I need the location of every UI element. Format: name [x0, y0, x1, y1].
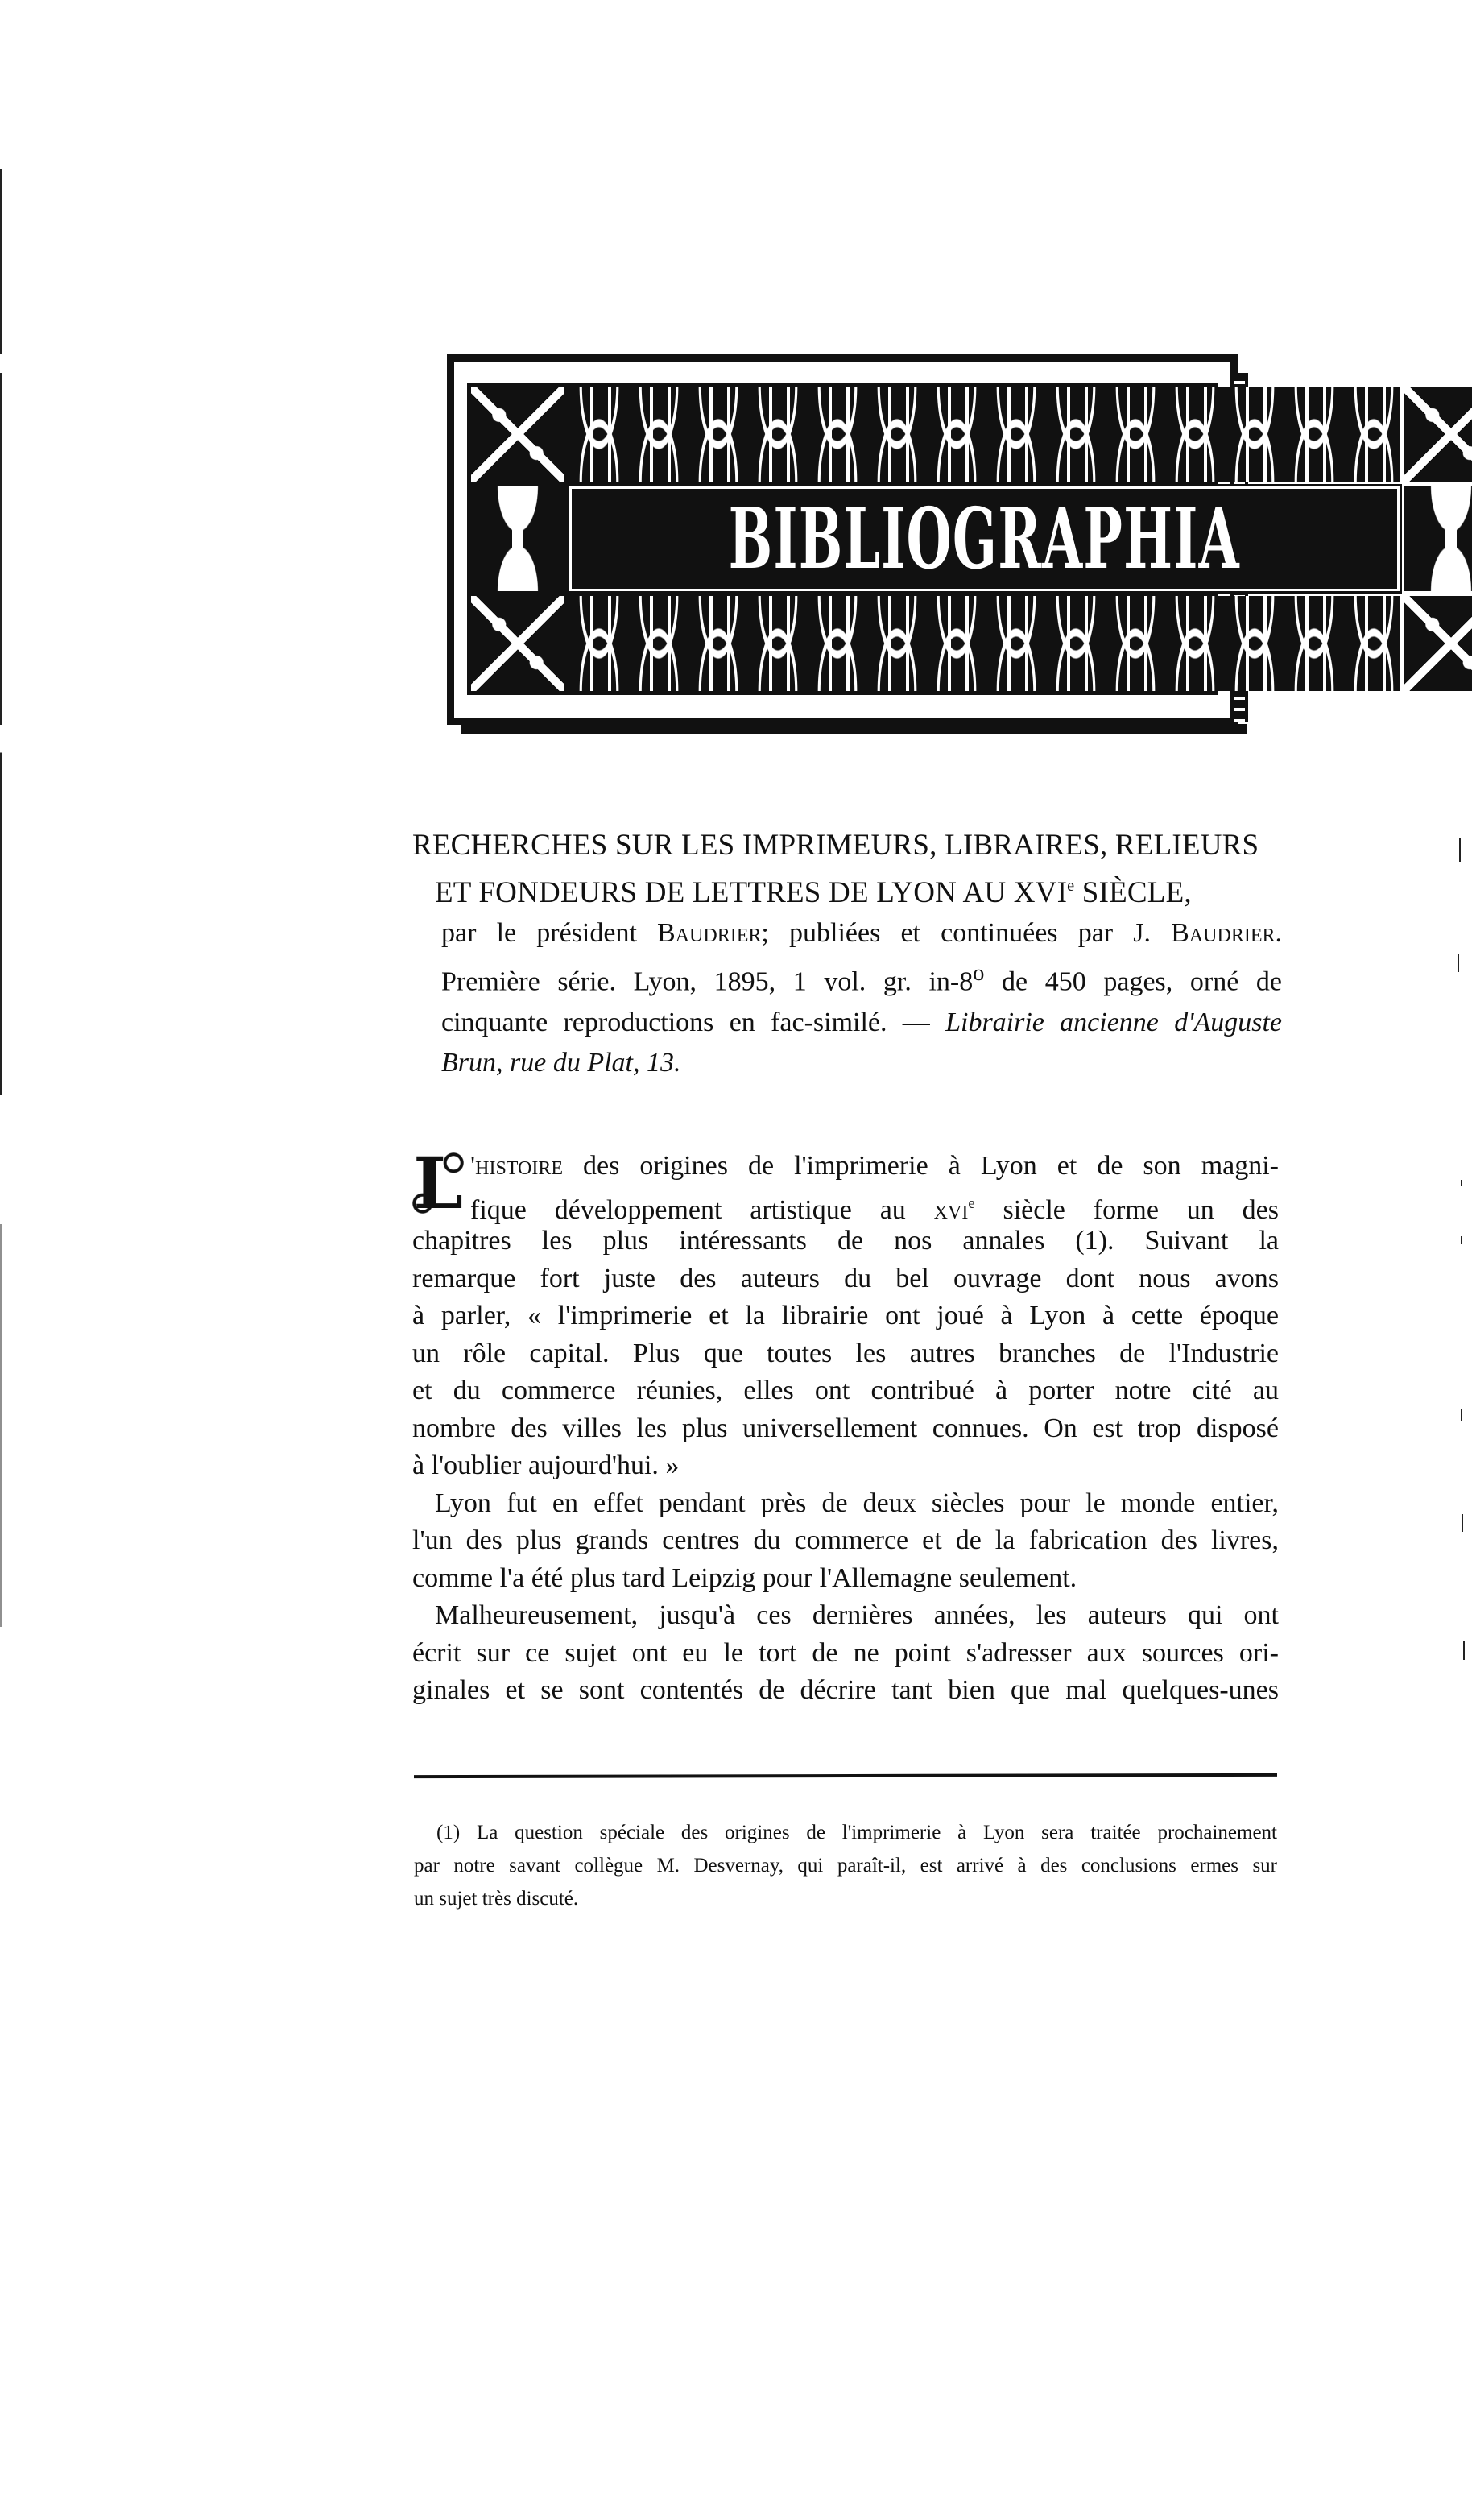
paragraph-3-line: écrit sur ce sujet ont eu le tort de ne … — [412, 1635, 1279, 1673]
book-title-text: SIÈCLE, — [1074, 876, 1191, 909]
banner-title: BIBLIOGRAPHIA — [729, 497, 1240, 581]
paragraph-3-line: Malheureusement, jusqu'à ces dernières a… — [412, 1597, 1279, 1635]
book-description-line: cinquante reproductions en fac-similé. —… — [412, 1003, 1282, 1043]
meta-text: ; publiées et continuées par J. — [761, 918, 1171, 948]
paragraph-2-line: comme l'a été plus tard Leipzig pour l'A… — [412, 1560, 1279, 1598]
body-text: fique développement artistique au — [470, 1195, 934, 1225]
meta-text: de 450 pages, orné de — [984, 967, 1282, 997]
banner-ornament-grid: BIBLIOGRAPHIA — [467, 383, 1218, 695]
body-text: des origines de l'imprimerie à Lyon et d… — [563, 1151, 1279, 1181]
dropcap-lead-word: 'histoire — [470, 1151, 563, 1181]
body-line: 'histoire des origines de l'imprimerie à… — [412, 1148, 1279, 1186]
footnote-divider — [414, 1773, 1277, 1778]
meta-text: Première série. Lyon, 1895, 1 vol. gr. i… — [441, 967, 973, 997]
bibliographia-banner: BIBLIOGRAPHIA — [447, 354, 1238, 725]
body-line: à l'oublier aujourd'hui. » — [412, 1447, 1279, 1485]
book-publication-line: Première série. Lyon, 1895, 1 vol. gr. i… — [412, 954, 1282, 1002]
book-title-line-1: RECHERCHES SUR LES IMPRIMEURS, LIBRAIRES… — [412, 826, 1282, 866]
ornament-corner-bottom-right — [1404, 596, 1472, 691]
margin-scan-mark — [1458, 954, 1459, 972]
author-name: Baudrier — [1171, 918, 1275, 948]
footnote-line: par notre savant collègue M. Desvernay, … — [414, 1849, 1277, 1882]
paragraph-2-line: l'un des plus grands centres du commerce… — [412, 1522, 1279, 1560]
author-name: Baudrier — [657, 918, 761, 948]
body-text: siècle forme un des — [975, 1195, 1279, 1225]
ornate-dropcap-letter: L — [412, 1149, 464, 1217]
superscript: e — [968, 1195, 974, 1212]
banner-shadow-bottom — [461, 724, 1247, 734]
margin-scan-mark — [1461, 1236, 1462, 1244]
margin-scan-mark — [1463, 1641, 1465, 1660]
century-numeral: xvi — [934, 1195, 969, 1225]
margin-scan-mark — [1461, 1180, 1462, 1186]
scan-edge-artifact — [0, 1224, 2, 1627]
body-line: nombre des villes les plus universelleme… — [412, 1410, 1279, 1448]
body-line: chapitres les plus intéressants de nos a… — [412, 1223, 1279, 1260]
paragraph-3-line: ginales et se sont contentés de décrire … — [412, 1672, 1279, 1710]
footnote: (1) La question spéciale des origines de… — [414, 1816, 1277, 1915]
superscript: o — [973, 961, 984, 986]
margin-scan-mark — [1462, 1514, 1463, 1532]
publisher-name: Librairie ancienne d'Auguste — [945, 1008, 1282, 1037]
book-title-line-2: ET FONDEURS DE LETTRES DE LYON AU XVIe S… — [412, 866, 1282, 913]
paragraph-2-line: Lyon fut en effet pendant près de deux s… — [412, 1485, 1279, 1523]
body-line: à parler, « l'imprimerie et la librairie… — [412, 1297, 1279, 1335]
publisher-address: Brun, rue du Plat, 13. — [441, 1048, 680, 1078]
footnote-line: un sujet très discuté. — [414, 1882, 1277, 1915]
meta-text: par le président — [441, 918, 657, 948]
book-publisher-address-line: Brun, rue du Plat, 13. — [412, 1043, 1282, 1083]
meta-text: cinquante reproductions en fac-similé. — — [441, 1008, 945, 1037]
superscript: e — [1067, 877, 1074, 895]
ornament-band-top — [569, 387, 1400, 482]
margin-scan-mark — [1461, 1409, 1462, 1421]
ornament-side-left — [471, 486, 564, 591]
body-line: remarque fort juste des auteurs du bel o… — [412, 1260, 1279, 1298]
ornament-corner-bottom-left — [471, 596, 564, 691]
scan-edge-artifact — [0, 169, 2, 1095]
ornament-corner-top-left — [471, 387, 564, 482]
body-line: fique développement artistique au xvie s… — [412, 1186, 1279, 1223]
book-authors-line: par le président Baudrier; publiées et c… — [412, 913, 1282, 954]
body-line: un rôle capital. Plus que toutes les aut… — [412, 1335, 1279, 1373]
ornament-band-bottom — [569, 596, 1400, 691]
ornament-side-right — [1404, 486, 1472, 591]
review-body: L 'histoire des origines de l'imprimerie… — [412, 1148, 1279, 1710]
review-heading: RECHERCHES SUR LES IMPRIMEURS, LIBRAIRES… — [412, 826, 1282, 1083]
ornament-corner-top-right — [1404, 387, 1472, 482]
footnote-line: (1) La question spéciale des origines de… — [414, 1816, 1277, 1849]
meta-text: . — [1276, 918, 1283, 948]
body-line: et du commerce réunies, elles ont contri… — [412, 1372, 1279, 1410]
banner-title-plaque: BIBLIOGRAPHIA — [569, 486, 1400, 591]
margin-scan-mark — [1459, 838, 1461, 862]
book-title-text: ET FONDEURS DE LETTRES DE LYON AU XVI — [435, 876, 1067, 909]
